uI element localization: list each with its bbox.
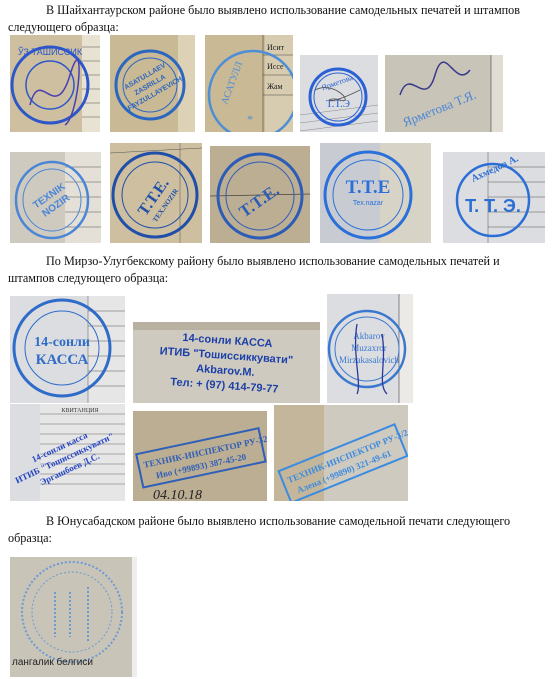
- svg-text:Исит: Исит: [267, 43, 285, 52]
- round-stamp-icon: TEXNIKNOZIR: [10, 152, 101, 243]
- round-stamp-icon: Ахмедов А. Т. Т. Э.: [443, 152, 545, 243]
- svg-text:Иссе: Иссе: [267, 62, 284, 71]
- round-stamp-icon: лангалик белгиси: [10, 557, 137, 677]
- stamp-photo: 14-сонли КАССА ИТИБ "Тошиссиккувати" Akb…: [133, 322, 320, 403]
- svg-text:КАССА: КАССА: [36, 352, 89, 368]
- paragraph-mirzo-ulugbek: По Мирзо-Улугбекскому району было выявле…: [8, 253, 553, 287]
- paragraph-text: В Юнусабадском районе было выявлено испо…: [46, 514, 510, 528]
- svg-text:Ярметова: Ярметова: [320, 73, 354, 93]
- rectangular-stamp-icon: ТЕХНИК-ИНСПЕКТОР РУ-32Иво (+99893) 387-4…: [133, 411, 267, 501]
- stamp-photo: T.T.E.TEX.NOZIR: [110, 143, 202, 243]
- svg-text:Т. Т. Э.: Т. Т. Э.: [465, 196, 521, 216]
- svg-text:АСАТУЛЛ: АСАТУЛЛ: [219, 60, 245, 106]
- round-stamp-icon: 14-сонлиКАССА: [10, 296, 125, 403]
- stamp-photo: лангалик белгиси: [10, 557, 137, 677]
- svg-text:ИТИБ "Тошиссиккувати": ИТИБ "Тошиссиккувати": [159, 345, 293, 366]
- round-stamp-icon: ЎЗ ТАШИССИК: [10, 35, 100, 132]
- paragraph-text: По Мирзо-Улугбекскому району было выявле…: [46, 254, 500, 268]
- stamp-photo: ТЕХНИК-ИНСПЕКТОР РУ-32Иво (+99893) 387-4…: [133, 411, 267, 501]
- svg-text:ЎЗ ТАШИССИК: ЎЗ ТАШИССИК: [18, 46, 83, 57]
- svg-text:Akbarov.M.: Akbarov.M.: [196, 363, 255, 379]
- svg-text:T.T.E.: T.T.E.: [236, 180, 283, 221]
- stamp-photo: TEXNIKNOZIR: [10, 152, 101, 243]
- rectangular-stamp-icon: 14-сонли КАССА ИТИБ "Тошиссиккувати" Akb…: [133, 322, 320, 403]
- paragraph-text: В Шайхантаурском районе было выявлено ис…: [46, 3, 520, 17]
- svg-text:Akbarov: Akbarov: [353, 331, 385, 341]
- svg-text:*: *: [247, 112, 253, 126]
- stamp-photo: 14-сонлиКАССА: [10, 296, 125, 403]
- paragraph-text: штампов следующего образца:: [8, 271, 168, 285]
- svg-text:КВИТАНЦИЯ: КВИТАНЦИЯ: [61, 408, 98, 414]
- stamp-photo: Ярметова Т.Я.: [385, 55, 503, 132]
- rectangular-stamp-icon: КВИТАНЦИЯ 14-сонли касса ИТИБ "Тошиссикк…: [10, 404, 125, 501]
- svg-text:Tex.nazar: Tex.nazar: [353, 200, 384, 207]
- stamp-photo: ТЕХНИК-ИНСПЕКТОР РУ-3/2Алена (+99890) 32…: [274, 405, 408, 501]
- signature-stamp-icon: Ярметова Т.Я.: [385, 55, 503, 132]
- stamp-photo: T.T.E.: [210, 146, 310, 243]
- stamp-photo: Ахмедов А. Т. Т. Э.: [443, 152, 545, 243]
- stamp-photo: ИситИссеЖам АСАТУЛЛ *: [205, 35, 293, 132]
- stamp-photo: T.T.E Tex.nazar: [320, 143, 431, 243]
- round-stamp-icon: T.T.E Tex.nazar: [320, 143, 431, 243]
- round-stamp-icon: ИситИссеЖам АСАТУЛЛ *: [205, 35, 293, 132]
- paragraph-text: образца:: [8, 531, 52, 545]
- stamp-photo: КВИТАНЦИЯ 14-сонли касса ИТИБ "Тошиссикк…: [10, 404, 125, 501]
- round-stamp-icon: T.T.E.: [210, 146, 310, 243]
- round-stamp-icon: Ярметова Т.Т.Э: [300, 55, 378, 132]
- stamp-photo: ASATULLAEVZASRILLAFAYZULLAYEVICH: [110, 35, 195, 132]
- rectangular-stamp-icon: ТЕХНИК-ИНСПЕКТОР РУ-3/2Алена (+99890) 32…: [274, 405, 408, 501]
- paragraph-yunusabad: В Юнусабадском районе было выявлено испо…: [8, 513, 553, 547]
- svg-text:Mirzakasalovich: Mirzakasalovich: [339, 355, 399, 365]
- stamp-photo: AkbarovMuzaxrorMirzakasalovich: [327, 294, 413, 403]
- round-stamp-icon: AkbarovMuzaxrorMirzakasalovich: [327, 294, 413, 403]
- stamp-photo: ЎЗ ТАШИССИК: [10, 35, 100, 132]
- round-stamp-icon: T.T.E.TEX.NOZIR: [110, 143, 202, 243]
- svg-text:Ярметова Т.Я.: Ярметова Т.Я.: [401, 87, 479, 130]
- stamp-photo: Ярметова Т.Т.Э: [300, 55, 378, 132]
- paragraph-shaykhantaur: В Шайхантаурском районе было выявлено ис…: [8, 2, 553, 36]
- svg-text:14-сонли: 14-сонли: [34, 335, 90, 350]
- svg-text:лангалик белгиси: лангалик белгиси: [12, 656, 93, 668]
- round-stamp-icon: ASATULLAEVZASRILLAFAYZULLAYEVICH: [110, 35, 195, 132]
- svg-text:Тел: + (97) 414-79-77: Тел: + (97) 414-79-77: [170, 376, 279, 396]
- svg-text:T.T.E: T.T.E: [346, 177, 391, 198]
- paragraph-text: следующего образца:: [8, 20, 119, 34]
- svg-text:Жам: Жам: [267, 82, 283, 91]
- svg-text:04.10.18: 04.10.18: [153, 488, 202, 501]
